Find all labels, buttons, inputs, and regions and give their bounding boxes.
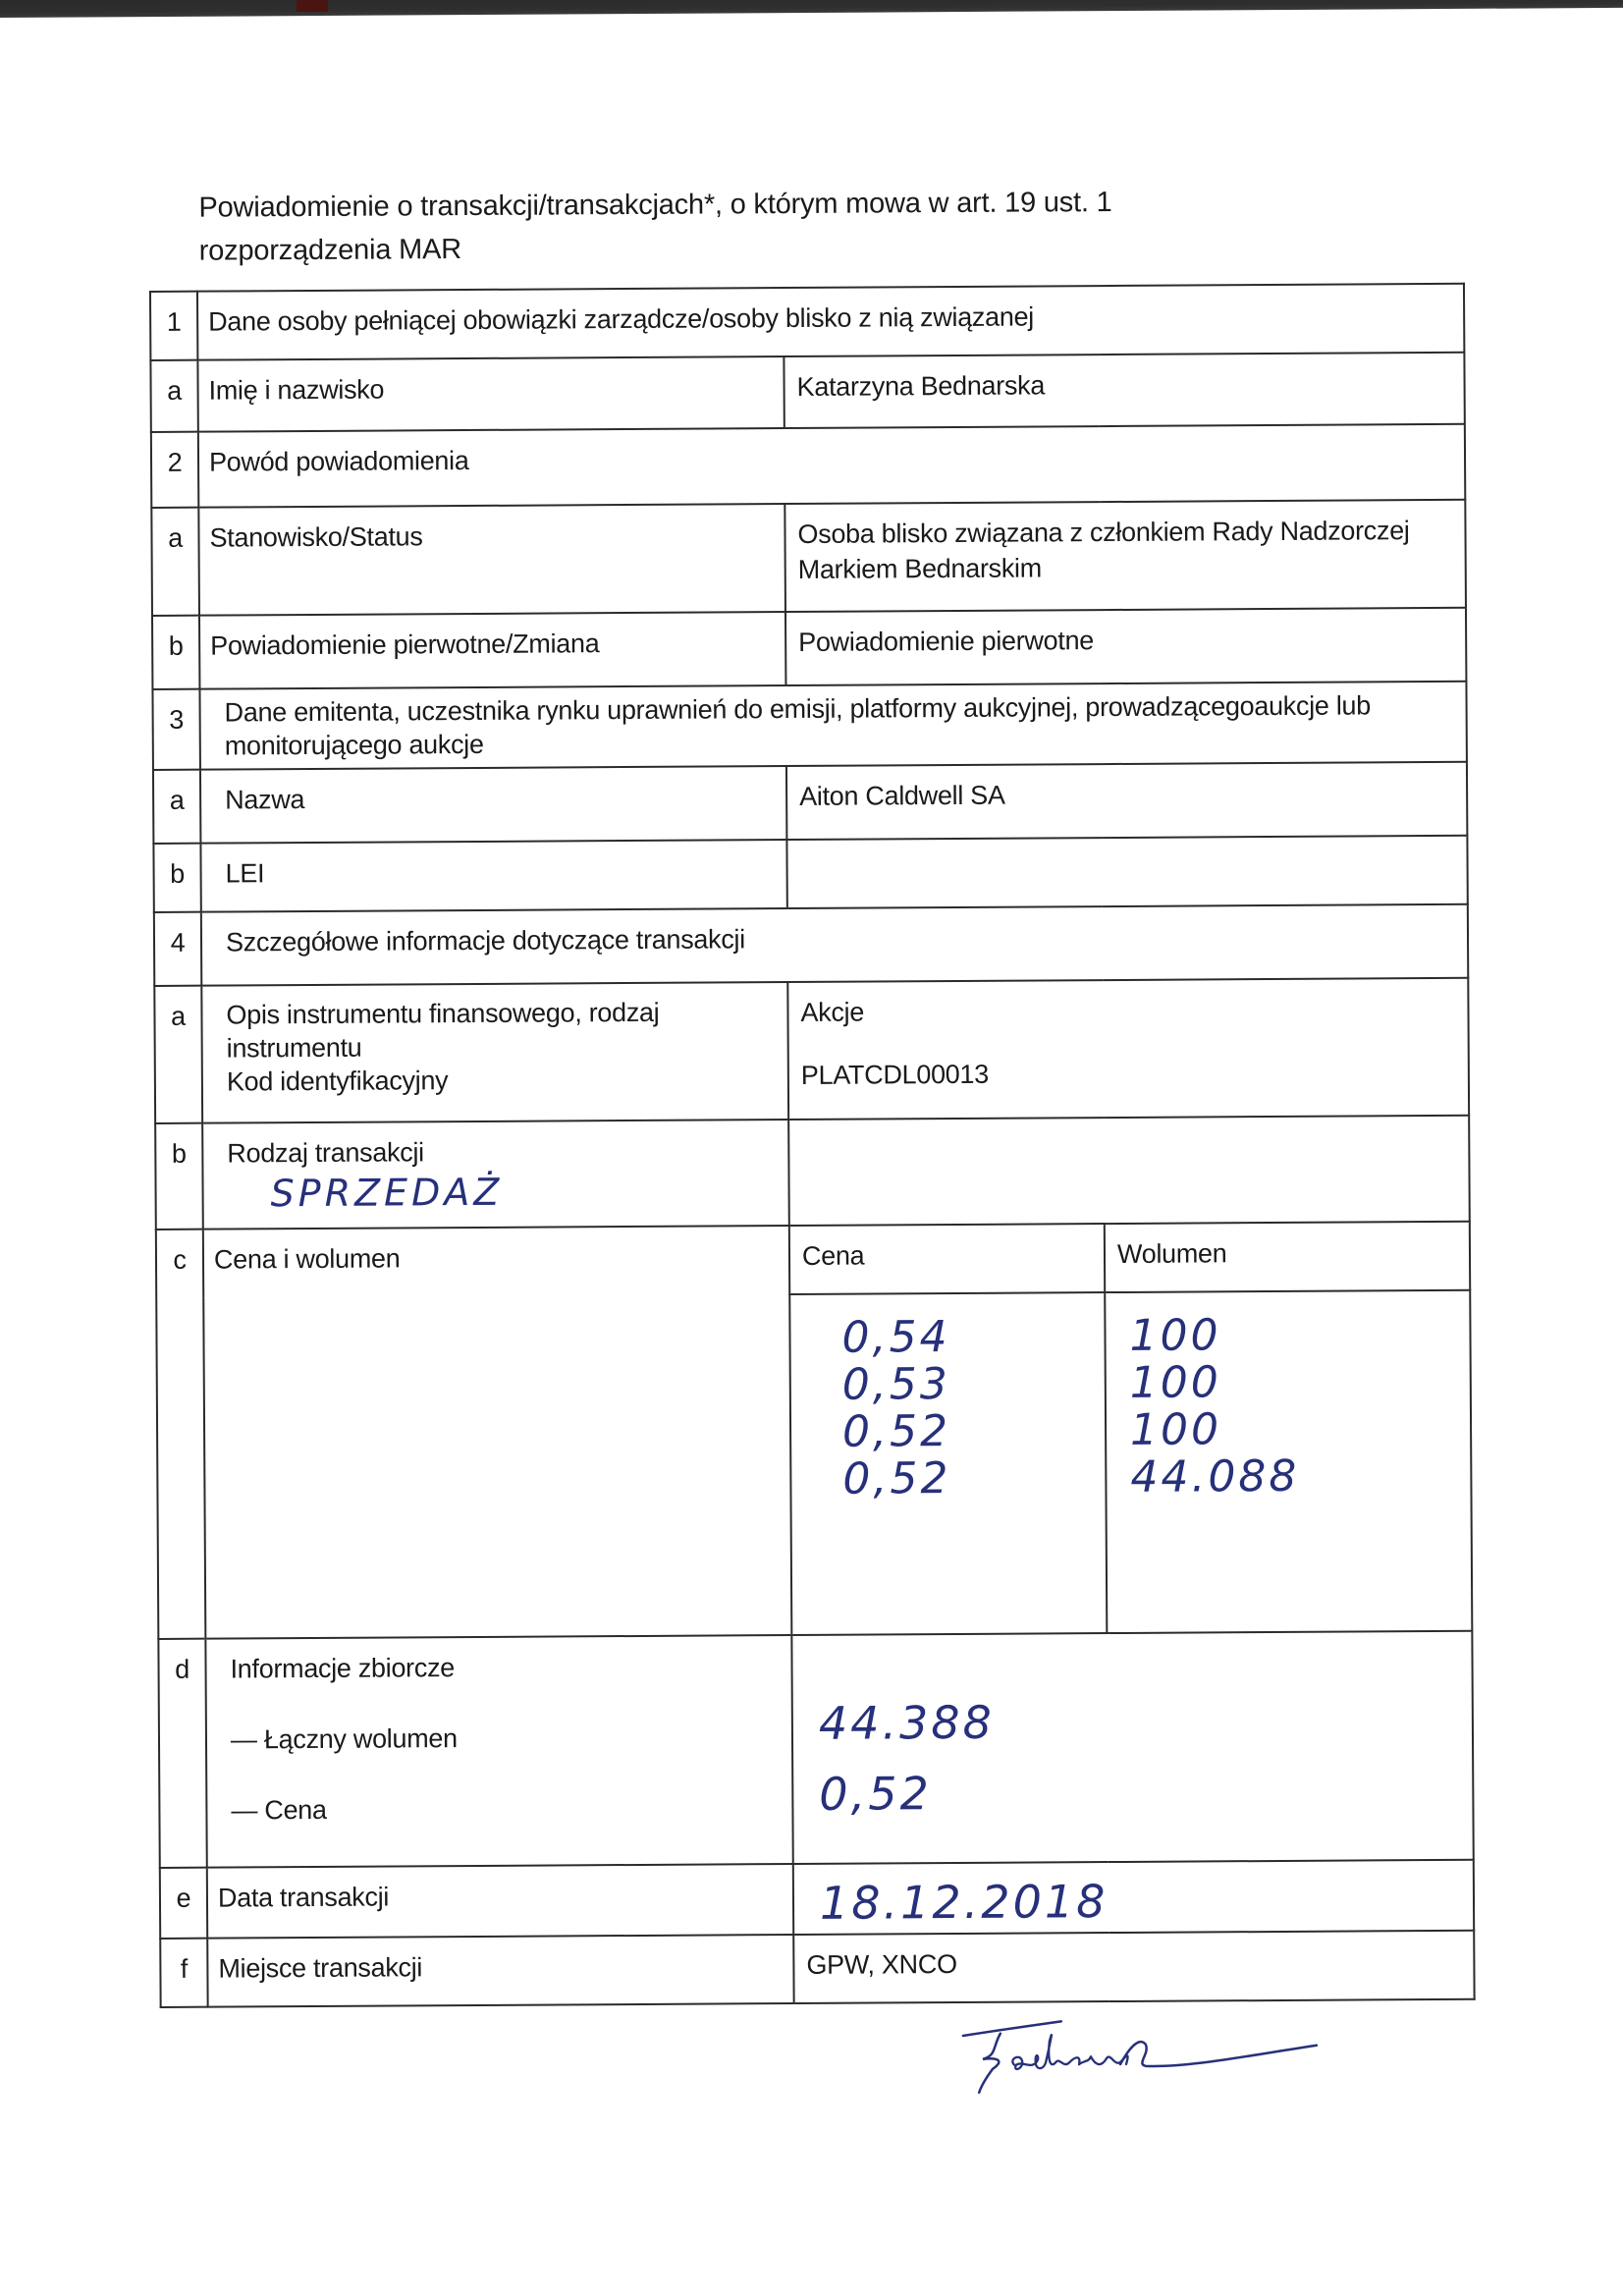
transaction-type-label-text: Rodzaj transakcji [227,1132,778,1171]
row-key: a [153,770,200,844]
section-number: 4 [154,912,201,986]
aggregated-info-title: Informacje zbiorcze [230,1648,781,1686]
signature [953,2006,1327,2097]
name-value: Katarzyna Bednarska [784,353,1464,428]
price-value: 0,53 [803,1360,1095,1409]
identification-code-label: Kod identyfikacyjny [227,1062,778,1098]
document-title-line-1: Powiadomienie o transakcji/transakcjach*… [198,180,1327,230]
price-volume-label: Cena i wolumen [203,1226,792,1639]
aggregated-price-label: — Cena [231,1789,782,1828]
row-1a: a Imię i nazwisko Katarzyna Bednarska [150,353,1464,432]
position-status-value: Osoba blisko związana z członkiem Rady N… [784,500,1466,612]
section-number: 2 [151,432,198,508]
document-title-line-2: rozporządzenia MAR [199,223,1328,273]
row-key: c [156,1230,203,1298]
volume-value: 44.088 [1118,1452,1460,1502]
price-column-header: Cena [789,1224,1105,1294]
signature-icon [953,2006,1327,2097]
transaction-venue-label: Miejsce transakcji [207,1935,793,2007]
volume-value: 100 [1117,1311,1459,1360]
row-key: b [155,1123,203,1230]
lei-label: LEI [200,840,786,912]
section-4-header-row: 4 Szczegółowe informacje dotyczące trans… [154,904,1468,986]
instrument-description-label: Opis instrumentu finansowego, rodzaj ins… [201,982,788,1123]
notification-type-value: Powiadomienie pierwotne [785,608,1466,685]
total-volume-value: 44.388 [805,1695,1462,1748]
row-key-spacer [156,1298,205,1639]
section-3-header-row: 3 Dane emitenta, uczestnika rynku uprawn… [152,682,1466,770]
row-4f: f Miejsce transakcji GPW, XNCO [160,1931,1474,2007]
volume-value: 100 [1118,1405,1460,1454]
transaction-type-handwritten: SPRZEDAŻ [227,1168,778,1216]
price-value: 0,52 [803,1454,1095,1503]
row-2b: b Powiadomienie pierwotne/Zmiana Powiado… [152,608,1466,689]
notification-form-table: 1 Dane osoby pełniącej obowiązki zarządc… [149,283,1476,2008]
instrument-description-label-line-1: Opis instrumentu finansowego, rodzaj ins… [226,995,777,1065]
volume-values-list: 100 100 100 44.088 [1117,1303,1460,1502]
identification-code-value: PLATCDL00013 [801,1054,1458,1093]
row-key: a [150,360,197,432]
section-number: 1 [150,292,197,360]
volume-values-cell: 100 100 100 44.088 [1105,1290,1472,1633]
transaction-date-value: 18.12.2018 [806,1875,1463,1928]
document-page: Powiadomienie o transakcji/transakcjach*… [0,0,1623,2296]
row-3a: a Nazwa Aiton Caldwell SA [153,762,1467,844]
position-status-label: Stanowisko/Status [198,504,785,616]
aggregated-price-value: 0,52 [805,1766,1462,1819]
row-2a: a Stanowisko/Status Osoba blisko związan… [151,500,1466,616]
total-volume-label: — Łączny wolumen [231,1719,782,1757]
instrument-description-value: Akcje PLATCDL00013 [787,978,1469,1120]
section-4-title: Szczegółowe informacje dotyczące transak… [201,904,1468,986]
row-key: b [153,844,200,912]
section-1-title: Dane osoby pełniącej obowiązki zarządcze… [197,284,1464,360]
row-4d: d Informacje zbiorcze — Łączny wolumen —… [158,1631,1473,1868]
issuer-name-label: Nazwa [200,766,786,844]
price-value: 0,52 [803,1407,1095,1456]
row-key: d [158,1639,206,1868]
instrument-type-value: Akcje [800,991,1457,1030]
transaction-venue-value: GPW, XNCO [793,1931,1474,2003]
row-key: f [160,1939,207,2007]
aggregated-info-values: 44.388 0,52 [791,1631,1473,1864]
row-4b: b Rodzaj transakcji SPRZEDAŻ [155,1116,1470,1230]
transaction-type-label: Rodzaj transakcji SPRZEDAŻ [202,1120,789,1230]
row-4c-header: c Cena i wolumen Cena Wolumen [156,1222,1470,1298]
row-4a: a Opis instrumentu finansowego, rodzaj i… [154,978,1469,1123]
section-1-header-row: 1 Dane osoby pełniącej obowiązki zarządc… [150,284,1464,360]
transaction-date-cell: 18.12.2018 [793,1860,1474,1935]
document-title: Powiadomienie o transakcji/transakcjach*… [198,180,1328,273]
volume-column-header: Wolumen [1105,1222,1470,1292]
price-values-list: 0,54 0,53 0,52 0,52 [802,1305,1095,1503]
row-key: a [154,986,202,1123]
section-3-title: Dane emitenta, uczestnika rynku uprawnie… [199,682,1466,770]
row-key: b [152,616,199,689]
lei-value [786,836,1467,908]
notification-type-label: Powiadomienie pierwotne/Zmiana [199,612,785,689]
price-value: 0,54 [802,1313,1094,1362]
row-key: a [151,508,199,616]
row-4e: e Data transakcji 18.12.2018 [160,1860,1474,1939]
volume-value: 100 [1118,1358,1460,1407]
section-2-header-row: 2 Powód powiadomienia [151,424,1465,508]
transaction-type-value-cell [788,1116,1470,1226]
section-number: 3 [152,689,200,770]
section-2-title: Powód powiadomienia [198,424,1465,508]
row-key: e [160,1868,207,1939]
issuer-name-value: Aiton Caldwell SA [786,762,1467,840]
transaction-date-label: Data transakcji [207,1864,793,1939]
price-values-cell: 0,54 0,53 0,52 0,52 [789,1292,1107,1635]
aggregated-info-label: Informacje zbiorcze — Łączny wolumen — C… [205,1635,792,1868]
row-3b: b LEI [153,836,1467,912]
name-label: Imię i nazwisko [197,356,784,432]
